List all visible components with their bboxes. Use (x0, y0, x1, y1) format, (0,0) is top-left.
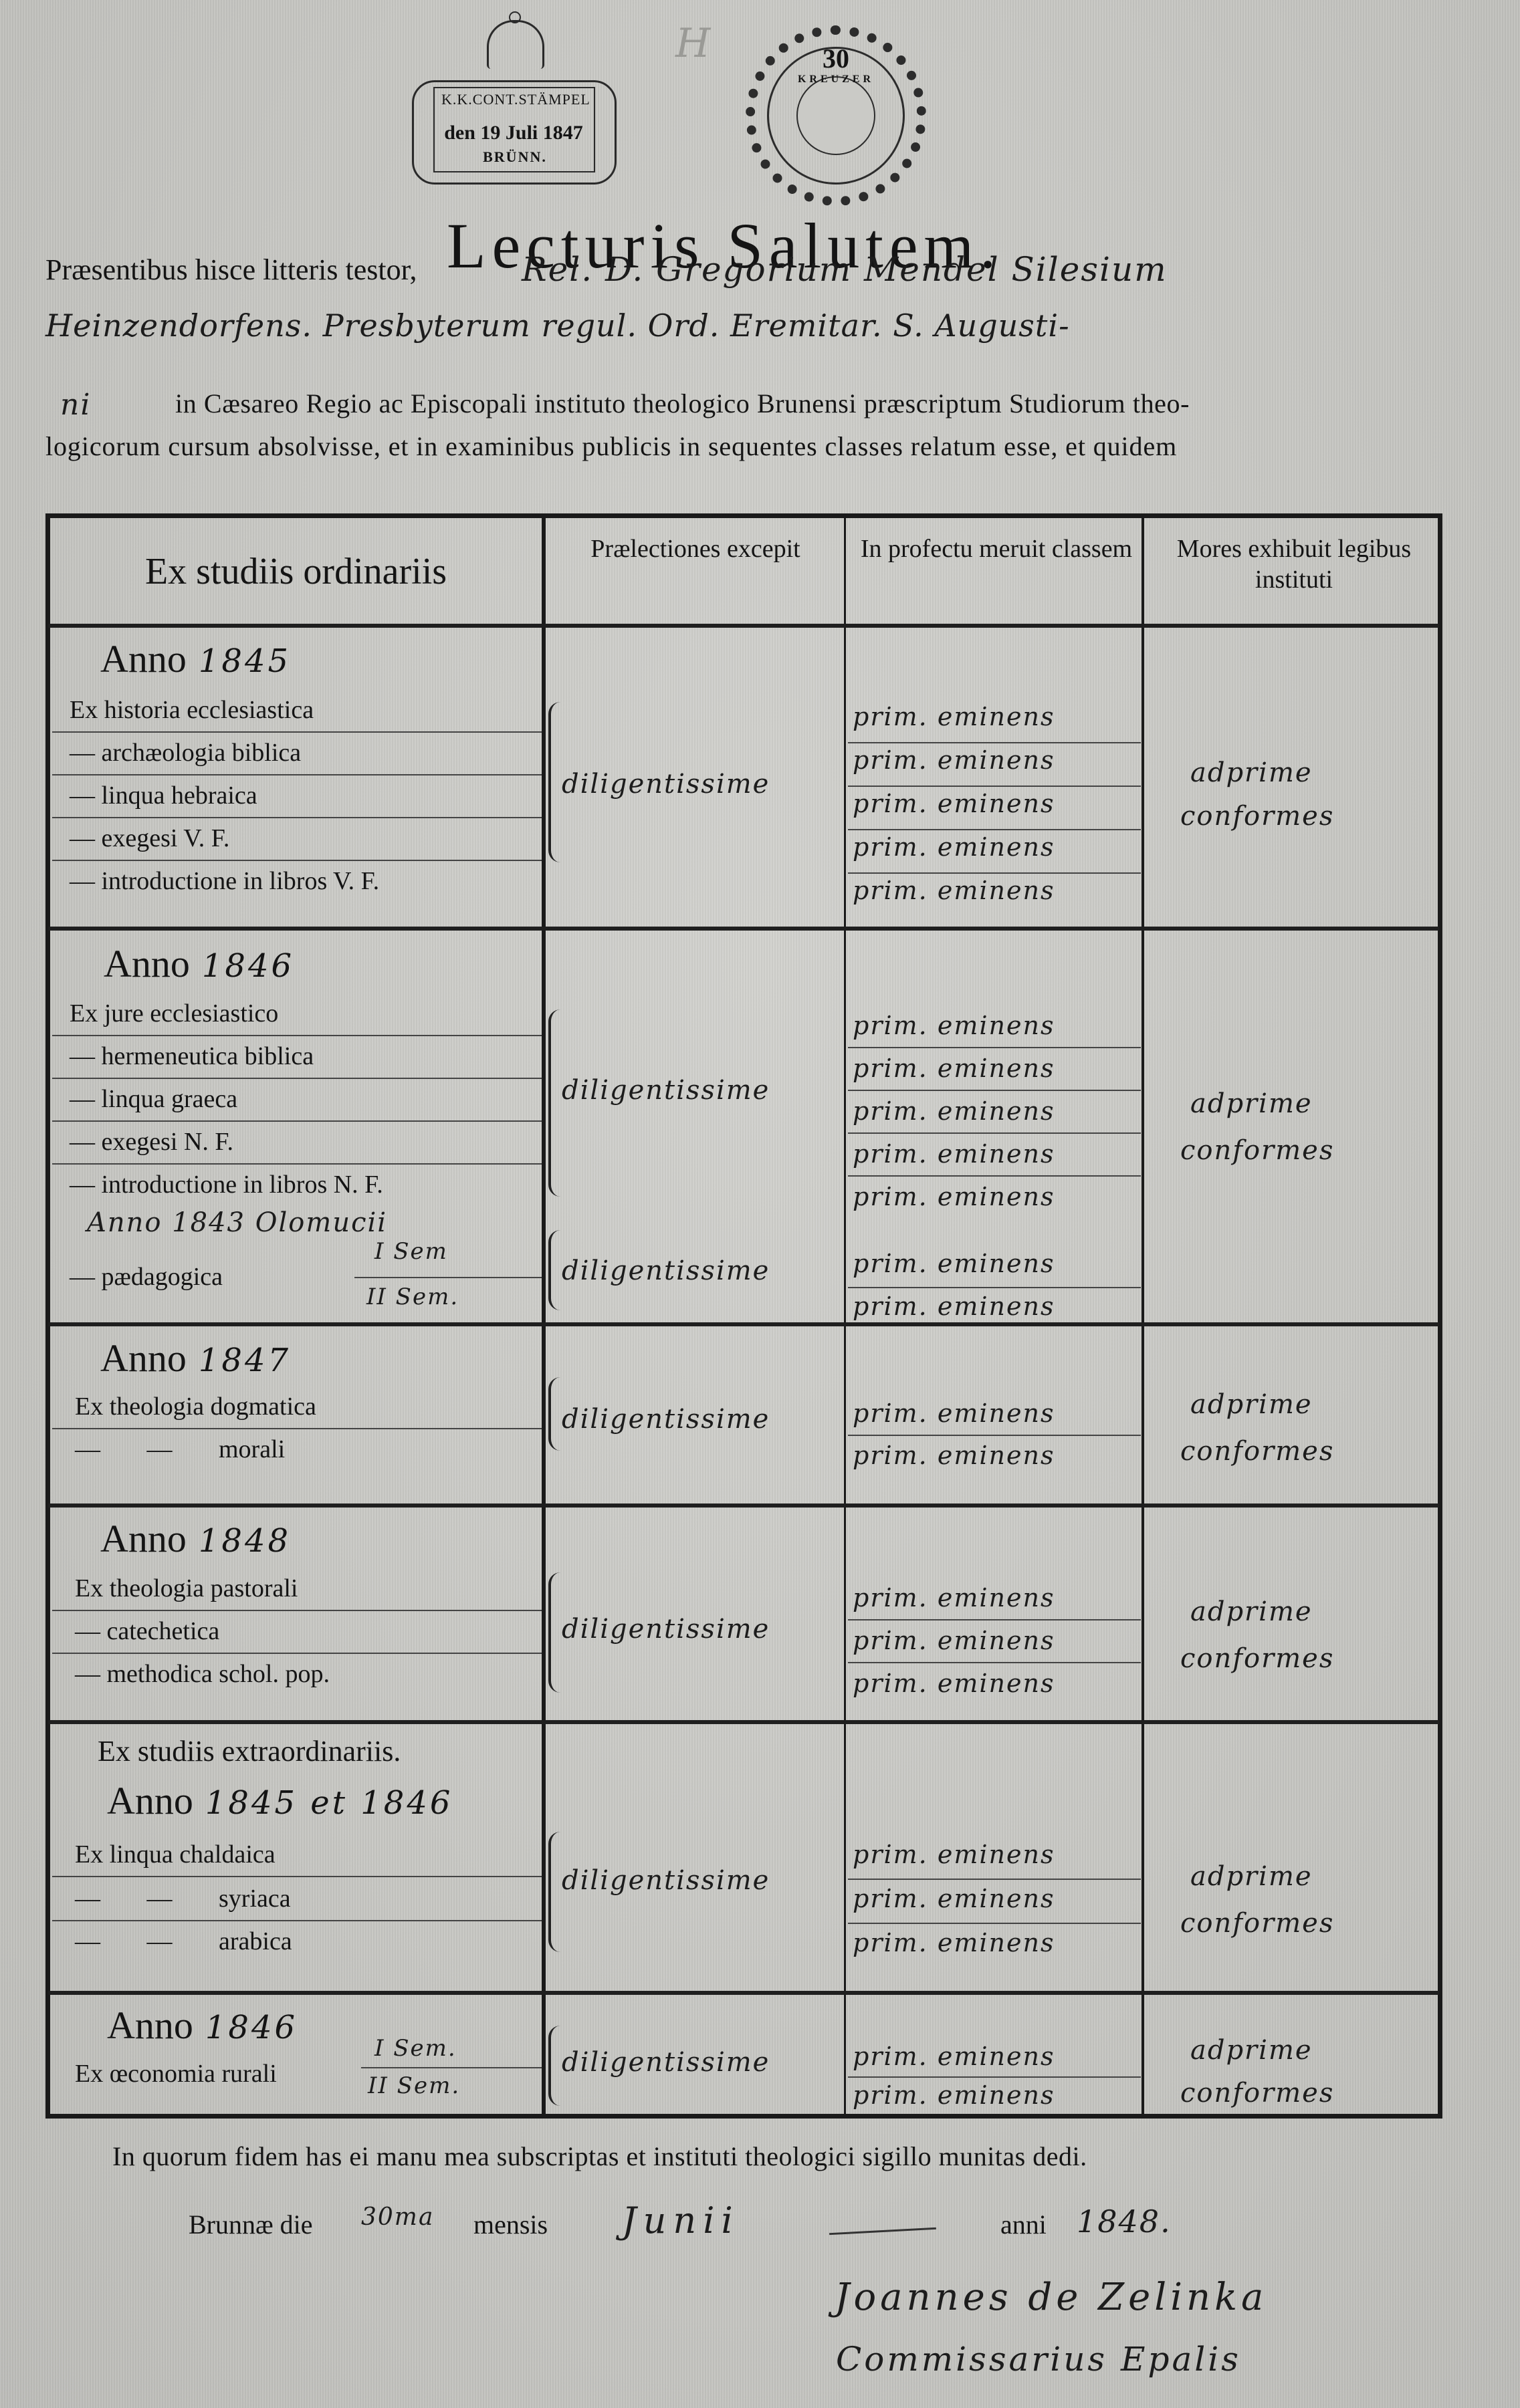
grade: prim. eminens (853, 1139, 1055, 1169)
intro-handwritten-3: ni (60, 388, 91, 422)
anno-label: Anno (100, 637, 187, 681)
grade-rule (848, 1923, 1141, 1924)
subject: — linqua graeca (70, 1084, 237, 1114)
subject: — introductione in libros N. F. (70, 1170, 383, 1199)
anno-year: 1847 (199, 1342, 291, 1379)
stamp-text-1: K.K.CONT.STÄMPEL (441, 91, 588, 108)
section-year-1846-rurali: Anno1846 (107, 2003, 298, 2048)
grade: prim. eminens (853, 2080, 1055, 2110)
tax-stamp: K.K.CONT.STÄMPEL den 19 Juli 1847 BRÜNN. (387, 7, 641, 207)
conduct-line-2: conformes (1180, 796, 1334, 837)
grade: prim. eminens (853, 832, 1055, 862)
row-rule (361, 2067, 542, 2068)
subject: Ex jure ecclesiastico (70, 999, 278, 1028)
grade: prim. eminens (853, 1292, 1055, 1321)
extraordinary-title: Ex studiis extraordinariis. (98, 1734, 401, 1768)
semester-2: II Sem. (368, 2072, 460, 2099)
grade-rule (848, 1619, 1141, 1620)
header-conduct: Mores exhibuit legibus instituti (1150, 533, 1438, 595)
section-divider (48, 1720, 1439, 1724)
subject: — introductione in libros V. F. (70, 866, 379, 896)
header-progress: In profectu meruit classem (856, 533, 1137, 564)
conduct-line-2: conformes (1180, 1638, 1334, 1679)
row-rule (52, 1428, 542, 1429)
row-rule (52, 1163, 542, 1165)
grade-rule (848, 1287, 1141, 1288)
note-olomucii: Anno 1843 Olomucii (87, 1207, 387, 1238)
grade-rule (848, 742, 1141, 743)
section-year-1847: Anno1847 (100, 1336, 291, 1380)
subject: Ex theologia dogmatica (75, 1392, 316, 1421)
row-rule (52, 1876, 542, 1877)
date-year: 1848. (1077, 2203, 1172, 2240)
row-rule (52, 1653, 542, 1654)
month-label: mensis (473, 2209, 548, 2240)
row-rule (52, 1078, 542, 1079)
stamp-city: BRÜNN. (441, 148, 588, 166)
grade: prim. eminens (853, 1583, 1055, 1612)
anno-year: 1845 (199, 642, 291, 680)
subject: — linqua hebraica (70, 781, 257, 810)
grade: prim. eminens (853, 702, 1055, 731)
semester-1: I Sem (374, 1238, 448, 1265)
closing-statement: In quorum fidem has ei manu mea subscrip… (112, 2141, 1087, 2172)
intro-printed-1: Præsentibus hisce litteris testor, (45, 253, 417, 287)
grade: prim. eminens (853, 1054, 1055, 1083)
grade: prim. eminens (853, 1669, 1055, 1698)
pencil-mark: H (675, 20, 710, 67)
subject: — exegesi N. F. (70, 1127, 233, 1157)
anno-label: Anno (107, 1779, 193, 1822)
grade-rule (848, 786, 1141, 787)
row-rule (52, 1610, 542, 1611)
section-year-1848: Anno1848 (100, 1516, 291, 1561)
conduct-line-2: conformes (1180, 1130, 1334, 1171)
anno-year: 1846 (205, 2009, 298, 2046)
subject: — methodica schol. pop. (75, 1659, 330, 1689)
stamp-date: den 19 Juli 1847 (436, 122, 591, 144)
anno-label: Anno (104, 942, 190, 985)
conduct-line-1: adprime (1190, 1591, 1313, 1633)
grade: prim. eminens (853, 1626, 1055, 1655)
column-divider-3 (1142, 518, 1144, 2116)
conduct-line-2: conformes (1180, 2072, 1334, 2114)
intro-handwritten-2: Heinzendorfens. Presbyterum regul. Ord. … (45, 308, 1070, 344)
subject: Ex theologia pastorali (75, 1574, 298, 1603)
section-year-1846: Anno1846 (104, 941, 294, 986)
grade: prim. eminens (853, 1249, 1055, 1278)
conduct-line-1: adprime (1190, 1083, 1313, 1124)
anno-label: Anno (100, 1336, 187, 1380)
value-stamp: 30 KREUZER (746, 25, 926, 206)
grade-rule (848, 1435, 1141, 1436)
grade-rule (848, 1047, 1141, 1048)
conduct-line-1: adprime (1190, 1384, 1313, 1425)
section-year-1845: Anno1845 (100, 636, 291, 681)
grade: prim. eminens (853, 876, 1055, 905)
grade: prim. eminens (853, 2042, 1055, 2071)
grade: prim. eminens (853, 1840, 1055, 1869)
subject: — archæologia biblica (70, 738, 301, 767)
anno-label: Anno (107, 2004, 193, 2047)
header-divider (48, 624, 1439, 628)
section-divider (48, 927, 1439, 931)
section-divider (48, 1991, 1439, 1995)
anno-year: 1848 (199, 1522, 291, 1560)
grade: prim. eminens (853, 1399, 1055, 1428)
grade-rule (848, 1879, 1141, 1880)
subject: — exegesi V. F. (70, 824, 229, 853)
row-rule (52, 817, 542, 818)
row-rule (354, 1277, 542, 1278)
header-lectures: Prælectiones excepit (562, 533, 829, 564)
signature-name: Joannes de Zelinka (835, 2276, 1267, 2319)
grade: prim. eminens (853, 1884, 1055, 1913)
grade-rule (848, 1662, 1141, 1663)
signature-title: Commissarius Epalis (836, 2340, 1241, 2379)
subject: — — arabica (75, 1927, 292, 1956)
lectures-value: diligentissime (562, 1255, 770, 1286)
anno-year: 1846 (202, 947, 294, 985)
header-ordinary-studies: Ex studiis ordinariis (50, 548, 542, 595)
semester-2: II Sem. (366, 1284, 459, 1310)
stamp-center (796, 76, 875, 155)
intro-printed-3: in Cæsareo Regio ac Episcopali instituto… (175, 388, 1190, 419)
row-rule (52, 731, 542, 733)
anno-label: Anno (100, 1517, 187, 1560)
subject: — — syriaca (75, 1884, 291, 1913)
semester-1: I Sem. (374, 2035, 457, 2062)
row-rule (52, 860, 542, 861)
subject: Ex linqua chaldaica (75, 1840, 276, 1869)
lectures-value: diligentissime (562, 1075, 770, 1106)
section-year-1845-1846: Anno1845 et 1846 (107, 1778, 453, 1823)
grade-rule (848, 1090, 1141, 1091)
grade: prim. eminens (853, 1441, 1055, 1470)
column-divider-1 (542, 518, 546, 2116)
row-rule (52, 774, 542, 775)
lectures-value: diligentissime (562, 769, 770, 800)
section-divider (48, 1322, 1439, 1326)
conduct-line-1: adprime (1190, 1856, 1313, 1897)
row-rule (52, 1920, 542, 1921)
subject: — hermeneutica biblica (70, 1042, 314, 1071)
grade: prim. eminens (853, 1096, 1055, 1126)
grade: prim. eminens (853, 1182, 1055, 1211)
grade: prim. eminens (853, 789, 1055, 818)
column-divider-2 (844, 518, 846, 2116)
grade-rule (848, 829, 1141, 830)
grade: prim. eminens (853, 1928, 1055, 1957)
conduct-line-2: conformes (1180, 1431, 1334, 1472)
date-day: 30ma (361, 2203, 434, 2231)
place-label: Brunnæ die (189, 2209, 313, 2240)
lectures-value: diligentissime (562, 1865, 770, 1896)
subject: — — morali (75, 1435, 285, 1464)
conduct-line-2: conformes (1180, 1903, 1334, 1944)
year-label: anni (1000, 2209, 1047, 2240)
grade-rule (848, 1175, 1141, 1177)
conduct-line-1: adprime (1190, 2030, 1313, 2071)
crown-icon (487, 20, 544, 69)
grade-rule (848, 2076, 1141, 2078)
subject: — pædagogica (70, 1262, 223, 1292)
date-month: Junii (622, 2199, 740, 2242)
grade-rule (848, 1132, 1141, 1134)
intro-printed-4: logicorum cursum absolvisse, et in exami… (45, 431, 1177, 462)
subject: — catechetica (75, 1616, 219, 1646)
row-rule (52, 1035, 542, 1036)
section-divider (48, 1503, 1439, 1508)
lectures-value: diligentissime (562, 1404, 770, 1435)
grade: prim. eminens (853, 1011, 1055, 1040)
subject: Ex historia ecclesiastica (70, 695, 314, 725)
stamp-currency: KREUZER (755, 74, 917, 86)
grade-rule (848, 872, 1141, 874)
row-rule (52, 1120, 542, 1122)
lectures-value: diligentissime (562, 1614, 770, 1645)
grade: prim. eminens (853, 745, 1055, 775)
anno-year: 1845 et 1846 (205, 1784, 453, 1822)
intro-handwritten-1: Rel. D. Gregorium Mendel Silesium (522, 250, 1168, 289)
subject: Ex œconomia rurali (75, 2059, 277, 2088)
conduct-line-1: adprime (1190, 752, 1313, 794)
stamp-value: 30 (755, 43, 917, 74)
lectures-value: diligentissime (562, 2047, 770, 2078)
